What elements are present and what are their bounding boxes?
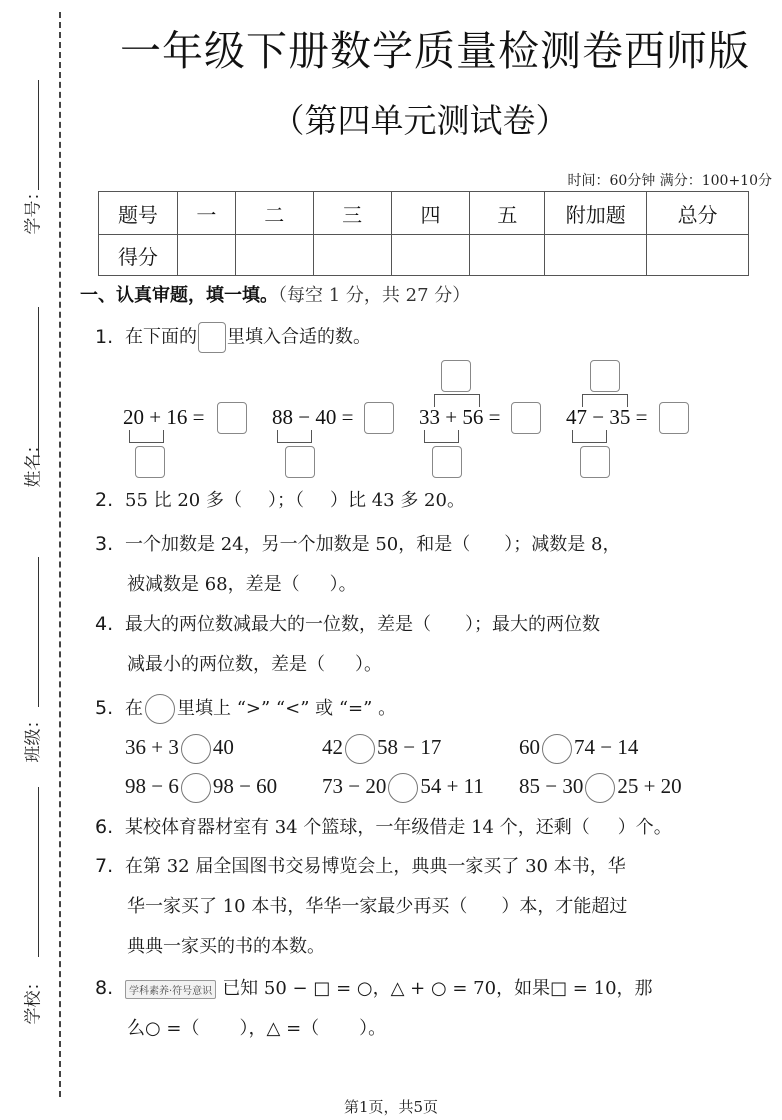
score-cell[interactable] — [545, 235, 647, 276]
q1-expression-3: 33 + 56 = — [419, 405, 500, 430]
question-text: 里填入合适的数。 — [227, 327, 371, 348]
question-text: 在 — [125, 698, 143, 719]
section-1-title: 一、认真审题，填一填。 — [80, 285, 278, 306]
student-id-underline — [38, 80, 39, 190]
student-id-label: 学号： — [19, 201, 44, 235]
question-number: 6. — [95, 816, 125, 838]
question-number: 3. — [95, 533, 125, 555]
comparison-row-1: 36 + 340 4258 − 17 6074 − 14 — [0, 734, 782, 766]
q1-split-box-3[interactable] — [432, 446, 462, 478]
question-text: ）本，才能超过 — [501, 896, 627, 917]
question-text: 最大的两位数减最大的一位数，差是（ — [125, 614, 431, 635]
question-text: 在第 32 届全国图书交易博览会上，典典一家买了 30 本书，华 — [125, 856, 626, 877]
school-label: 学校： — [19, 991, 44, 1025]
comparison-row-2: 98 − 698 − 60 73 − 2054 + 11 85 − 3025 +… — [0, 773, 782, 805]
comparison-circle[interactable] — [542, 734, 572, 764]
header-cell: 总分 — [647, 192, 749, 235]
question-text: 一个加数是 24，另一个加数是 50，和是（ — [125, 534, 470, 555]
score-row-label: 得分 — [99, 235, 178, 276]
question-text: 华一家买了 10 本书，华华一家最少再买（ — [127, 896, 467, 917]
question-text: 55 比 20 多（ — [125, 490, 242, 511]
question-number: 2. — [95, 489, 125, 511]
q1-expression-2: 88 − 40 = — [272, 405, 353, 430]
q1-result-box-1[interactable] — [217, 402, 247, 434]
q1-split-box-4[interactable] — [580, 446, 610, 478]
question-7: 7.在第 32 届全国图书交易博览会上，典典一家买了 30 本书，华 — [95, 852, 626, 878]
score-table-score-row: 得分 — [99, 235, 749, 276]
question-3-line-2: 被减数是 68，差是（）。 — [127, 570, 357, 596]
comparison-left: 36 + 3 — [125, 735, 179, 759]
question-2: 2.55 比 20 多（）；（）比 43 多 20。 — [95, 486, 465, 512]
comparison-left: 98 − 6 — [125, 774, 179, 798]
binding-dashed-line — [59, 12, 61, 1097]
literacy-tag-badge: 学科素养·符号意识 — [125, 980, 216, 999]
header-cell: 三 — [313, 192, 391, 235]
comparison-item: 98 − 698 − 60 — [125, 773, 277, 803]
question-text: ）比 43 多 20。 — [330, 490, 465, 511]
q1-expression-1: 20 + 16 = — [123, 405, 204, 430]
question-number: 8. — [95, 977, 125, 999]
comparison-item: 4258 − 17 — [322, 734, 441, 764]
header-cell: 一 — [177, 192, 235, 235]
score-table: 题号 一 二 三 四 五 附加题 总分 得分 — [98, 191, 749, 276]
question-text: ）；减数是 8， — [504, 534, 620, 555]
question-text: 在下面的 — [125, 327, 197, 348]
comparison-circle[interactable] — [345, 734, 375, 764]
question-6: 6.某校体育器材室有 34 个篮球，一年级借走 14 个，还剩（）个。 — [95, 813, 672, 839]
comparison-item: 73 − 2054 + 11 — [322, 773, 484, 803]
page-subtitle: （第四单元测试卷） — [260, 95, 580, 142]
q1-split-box-1[interactable] — [135, 446, 165, 478]
question-text: ），△ =（ — [240, 1018, 320, 1039]
question-text: ）；（ — [268, 490, 304, 511]
question-text: ）。 — [359, 1018, 386, 1039]
question-text: ）；最大的两位数 — [465, 614, 600, 635]
question-number: 1. — [95, 326, 125, 348]
question-4-line-2: 减最小的两位数，差是（）。 — [127, 650, 382, 676]
question-number: 4. — [95, 613, 125, 635]
question-1: 1.在下面的里填入合适的数。 — [95, 322, 371, 353]
question-text: 么○ =（ — [127, 1018, 200, 1039]
question-7-line-2: 华一家买了 10 本书，华华一家最少再买（）本，才能超过 — [127, 892, 627, 918]
question-text: 被减数是 68，差是（ — [127, 574, 300, 595]
comparison-right: 58 − 17 — [377, 735, 441, 759]
comparison-item: 36 + 340 — [125, 734, 234, 764]
score-cell[interactable] — [177, 235, 235, 276]
comparison-left: 73 − 20 — [322, 774, 386, 798]
comparison-right: 74 − 14 — [574, 735, 638, 759]
class-underline — [38, 557, 39, 707]
q1-top-box-3[interactable] — [441, 360, 471, 392]
header-cell: 二 — [235, 192, 313, 235]
question-text: ）个。 — [618, 817, 672, 838]
comparison-right: 98 − 60 — [213, 774, 277, 798]
comparison-right: 40 — [213, 735, 234, 759]
comparison-circle[interactable] — [181, 734, 211, 764]
comparison-circle[interactable] — [181, 773, 211, 803]
comparison-circle[interactable] — [585, 773, 615, 803]
question-text: 典典一家买的书的本数。 — [127, 936, 325, 957]
question-text: 减最小的两位数，差是（ — [127, 654, 325, 675]
comparison-left: 85 − 30 — [519, 774, 583, 798]
question-3: 3.一个加数是 24，另一个加数是 50，和是（）；减数是 8， — [95, 530, 620, 556]
school-underline — [38, 787, 39, 957]
answer-box-icon — [198, 322, 226, 353]
question-8-line-2: 么○ =（），△ =（）。 — [127, 1014, 386, 1040]
q1-result-box-3[interactable] — [511, 402, 541, 434]
name-underline — [38, 307, 39, 457]
answer-circle-icon — [145, 694, 175, 724]
section-1-points-note: （每空 1 分，共 27 分） — [278, 285, 470, 306]
q1-expression-4: 47 − 35 = — [566, 405, 647, 430]
header-cell: 五 — [470, 192, 545, 235]
page-title: 一年级下册数学质量检测卷西师版 — [95, 18, 775, 77]
header-cell: 题号 — [99, 192, 178, 235]
header-cell: 四 — [391, 192, 470, 235]
score-cell[interactable] — [313, 235, 391, 276]
split-bracket — [424, 430, 459, 443]
time-and-score-info: 时间：60分钟 满分：100+10分 — [567, 170, 772, 190]
split-bracket — [129, 430, 164, 443]
score-cell[interactable] — [470, 235, 545, 276]
comparison-item: 85 − 3025 + 20 — [519, 773, 682, 803]
question-text: 已知 50 − □ = ○，△ + ○ = 70，如果□ = 10，那 — [222, 978, 652, 999]
header-cell: 附加题 — [545, 192, 647, 235]
question-text: ）。 — [330, 574, 357, 595]
split-bracket — [572, 430, 607, 443]
section-1-heading: 一、认真审题，填一填。（每空 1 分，共 27 分） — [80, 281, 470, 307]
q1-result-box-4[interactable] — [659, 402, 689, 434]
comparison-left: 60 — [519, 735, 540, 759]
comparison-right: 54 + 11 — [420, 774, 484, 798]
question-7-line-3: 典典一家买的书的本数。 — [127, 932, 325, 958]
score-cell[interactable] — [647, 235, 749, 276]
question-5: 5.在里填上 “>” “<” 或 “=” 。 — [95, 694, 396, 724]
comparison-item: 6074 − 14 — [519, 734, 638, 764]
split-bracket — [277, 430, 312, 443]
score-cell[interactable] — [235, 235, 313, 276]
score-table-header-row: 题号 一 二 三 四 五 附加题 总分 — [99, 192, 749, 235]
question-8: 8.学科素养·符号意识已知 50 − □ = ○，△ + ○ = 70，如果□ … — [95, 974, 653, 1000]
question-text: 里填上 “>” “<” 或 “=” 。 — [177, 698, 396, 719]
question-text: ）。 — [355, 654, 382, 675]
q1-top-box-4[interactable] — [590, 360, 620, 392]
question-text: 某校体育器材室有 34 个篮球，一年级借走 14 个，还剩（ — [125, 817, 590, 838]
page-number-footer: 第1页，共5页 — [0, 1096, 782, 1117]
comparison-circle[interactable] — [388, 773, 418, 803]
question-number: 5. — [95, 697, 125, 719]
comparison-left: 42 — [322, 735, 343, 759]
name-label: 姓名： — [19, 454, 44, 488]
comparison-right: 25 + 20 — [617, 774, 681, 798]
score-cell[interactable] — [391, 235, 470, 276]
question-number: 7. — [95, 855, 125, 877]
question-4: 4.最大的两位数减最大的一位数，差是（）；最大的两位数 — [95, 610, 600, 636]
q1-split-box-2[interactable] — [285, 446, 315, 478]
q1-result-box-2[interactable] — [364, 402, 394, 434]
